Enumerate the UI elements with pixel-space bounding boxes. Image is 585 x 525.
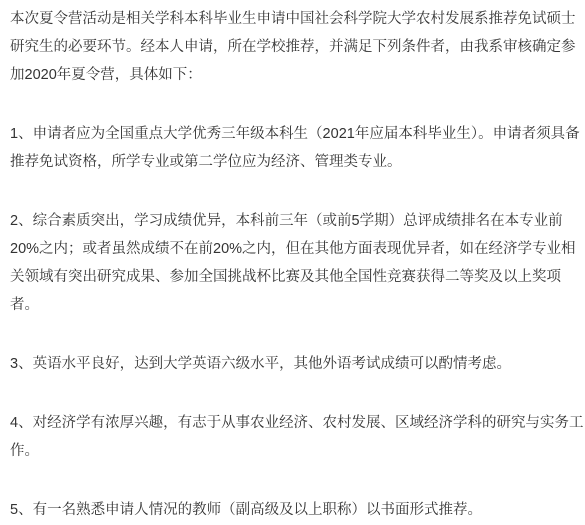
text-line: 者。 [10,291,577,319]
paragraph-condition-3: 3、英语水平良好，达到大学英语六级水平，其他外语考试成绩可以酌情考虑。 [10,350,577,378]
text-line: 5、有一名熟悉申请人情况的教师（副高级及以上职称）以书面形式推荐。 [10,496,577,524]
text-line: 3、英语水平良好，达到大学英语六级水平，其他外语考试成绩可以酌情考虑。 [10,350,577,378]
document-body: 本次夏令营活动是相关学科本科毕业生申请中国社会科学院大学农村发展系推荐免试硕士 … [0,0,585,524]
paragraph-condition-1: 1、申请者应为全国重点大学优秀三年级本科生（2021年应届本科毕业生）。申请者须… [10,120,577,176]
paragraph-condition-5: 5、有一名熟悉申请人情况的教师（副高级及以上职称）以书面形式推荐。 [10,496,577,524]
text-line: 1、申请者应为全国重点大学优秀三年级本科生（2021年应届本科毕业生）。申请者须… [10,120,577,148]
text-line: 4、对经济学有浓厚兴趣，有志于从事农业经济、农村发展、区域经济学科的研究与实务工 [10,409,577,437]
paragraph-condition-2: 2、综合素质突出，学习成绩优异，本科前三年（或前5学期）总评成绩排名在本专业前 … [10,207,577,319]
text-line: 2、综合素质突出，学习成绩优异，本科前三年（或前5学期）总评成绩排名在本专业前 [10,207,577,235]
text-line: 研究生的必要环节。经本人申请，所在学校推荐，并满足下列条件者，由我系审核确定参 [10,33,577,61]
paragraph-condition-4: 4、对经济学有浓厚兴趣，有志于从事农业经济、农村发展、区域经济学科的研究与实务工… [10,409,577,465]
text-line: 关领域有突出研究成果、参加全国挑战杯比赛及其他全国性竞赛获得二等奖及以上奖项 [10,263,577,291]
text-line: 加2020年夏令营，具体如下： [10,61,577,89]
text-line: 20%之内；或者虽然成绩不在前20%之内，但在其他方面表现优异者，如在经济学专业… [10,235,577,263]
text-line: 推荐免试资格，所学专业或第二学位应为经济、管理类专业。 [10,148,577,176]
text-line: 作。 [10,437,577,465]
paragraph-intro: 本次夏令营活动是相关学科本科毕业生申请中国社会科学院大学农村发展系推荐免试硕士 … [10,5,577,89]
text-line: 本次夏令营活动是相关学科本科毕业生申请中国社会科学院大学农村发展系推荐免试硕士 [10,5,577,33]
